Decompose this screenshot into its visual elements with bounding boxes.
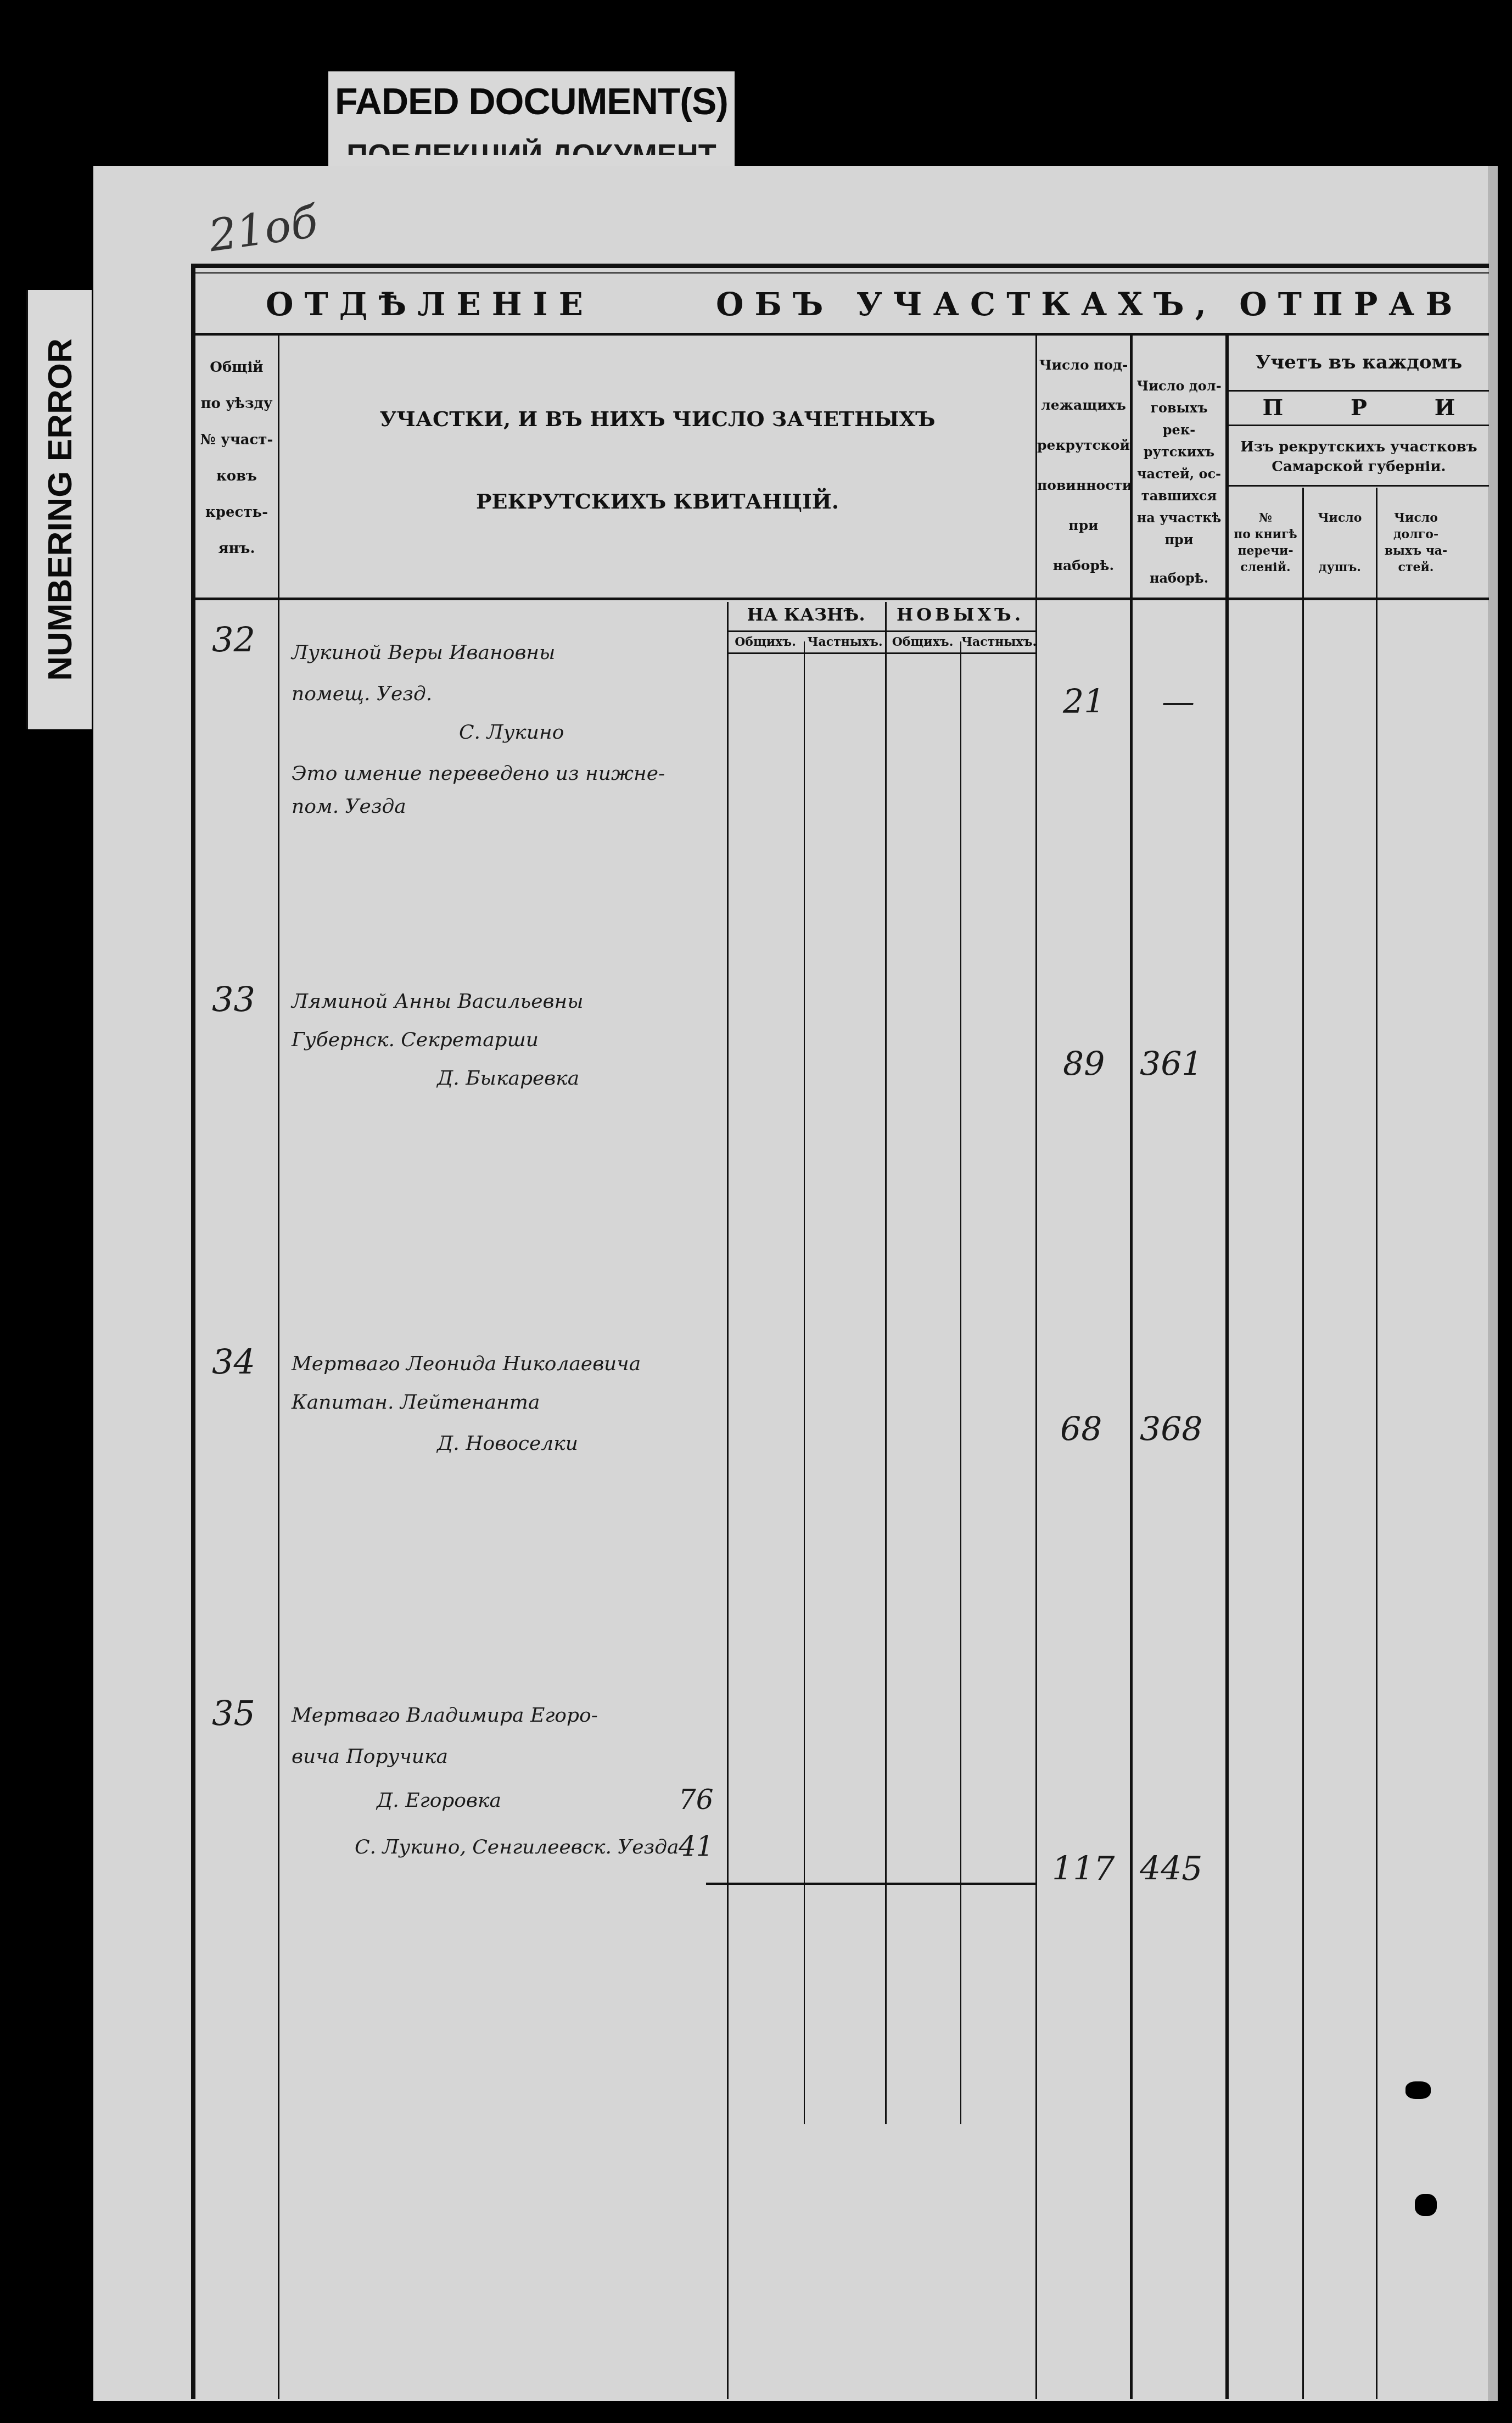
header-book-number: № по книгѣ перечи- сленій. xyxy=(1229,510,1302,576)
row-entry-line: Мертваго Владимира Егоро- xyxy=(292,1704,598,1727)
row-entry-line: Д. Егоровка xyxy=(377,1789,501,1812)
header-line: Число под- xyxy=(1037,345,1130,385)
total-rule xyxy=(706,1883,1035,1885)
header-line: по уѣзду xyxy=(195,386,278,422)
header-letter: Р xyxy=(1351,392,1367,425)
row-entry-line: Губернск. Секретарши xyxy=(292,1029,539,1051)
header-line: частей, ос- xyxy=(1133,463,1225,485)
debt-parts: — xyxy=(1162,683,1195,721)
row-number: 35 xyxy=(212,1693,255,1733)
header-souls: Число душъ. xyxy=(1304,510,1376,576)
header-novykh: НОВЫХЪ. xyxy=(885,603,1035,626)
divider xyxy=(1302,488,1304,2399)
header-chastnykh: Частныхъ. xyxy=(961,633,1035,651)
village-count: 41 xyxy=(679,1830,714,1862)
header-line: Число дол- xyxy=(1133,375,1225,397)
header-obshchikh: Общихъ. xyxy=(727,633,804,651)
subject-count: 68 xyxy=(1060,1410,1102,1449)
faded-document-tab: FADED DOCUMENT(S) ПОБЛЕКШИЙ ДОКУМЕНТ xyxy=(328,71,735,166)
header-line: наборѣ. xyxy=(1037,545,1130,585)
header-line: янъ. xyxy=(195,531,278,567)
subject-count-total: 117 xyxy=(1052,1850,1115,1888)
ledger-table: ОТДѢЛЕНІЕ ОБЪ УЧАСТКАХЪ, ОТПРАВ Общій по… xyxy=(191,264,1489,2399)
header-letter: П xyxy=(1262,392,1283,425)
header-line: кресть- xyxy=(195,494,278,531)
divider xyxy=(960,641,961,2124)
header-group-top: Учетъ въ каждомъ xyxy=(1229,335,1489,390)
header-number: Общій по уѣзду № участ- ковъ кресть- янъ… xyxy=(195,349,278,567)
rule xyxy=(727,652,1035,654)
header-line: тавшихся xyxy=(1133,485,1225,507)
paper-hole xyxy=(1415,2194,1437,2216)
numbering-error-tab: NUMBERING ERROR xyxy=(26,290,92,729)
header-letter: И xyxy=(1435,392,1455,425)
header-bottom-rule xyxy=(195,598,1489,600)
row-entry-line: пом. Уезда xyxy=(292,795,406,818)
faded-tab-label-ru: ПОБЛЕКШИЙ ДОКУМЕНТ xyxy=(328,138,735,155)
divider xyxy=(1130,334,1133,2399)
header-group-sub: Изъ рекрутскихъ участковъ Самарской губе… xyxy=(1229,437,1489,477)
header-line: по книгѣ xyxy=(1229,526,1302,543)
divider xyxy=(804,641,805,2124)
subject-count: 89 xyxy=(1063,1045,1105,1084)
header-line: рекрутской xyxy=(1037,425,1130,465)
row-entry-line: помещ. Уезд. xyxy=(292,683,432,705)
header-subject-count: Число под- лежащихъ рекрутской повинност… xyxy=(1037,345,1130,585)
header-line: на участкѣ xyxy=(1133,507,1225,529)
paper-hole xyxy=(1405,2081,1431,2099)
title-word-2: ОБЪ УЧАСТКАХЪ, ОТПРАВ xyxy=(716,286,1464,323)
ledger-title: ОТДѢЛЕНІЕ ОБЪ УЧАСТКАХЪ, ОТПРАВ xyxy=(195,272,1489,336)
rule xyxy=(727,630,1035,632)
header-line: Изъ рекрутскихъ участковъ xyxy=(1229,437,1489,457)
header-line: наборѣ. xyxy=(1133,567,1225,589)
header-line: лежащихъ xyxy=(1037,385,1130,425)
debt-parts: 368 xyxy=(1140,1410,1203,1449)
row-entry-line: Д. Новоселки xyxy=(437,1432,578,1455)
header-line: УЧАСТКИ, И ВЪ НИХЪ ЧИСЛО ЗАЧЕТНЫХЪ xyxy=(279,378,1035,460)
divider xyxy=(1376,488,1377,2399)
header-line: душъ. xyxy=(1304,559,1376,576)
row-entry-line: вича Поручика xyxy=(292,1745,448,1768)
header-line: долго- xyxy=(1377,526,1454,543)
row-entry-line: Мертваго Леонида Николаевича xyxy=(292,1353,641,1375)
row-entry-line: Это имение переведено из нижне- xyxy=(292,762,665,785)
divider xyxy=(1225,334,1229,2399)
header-obshchikh: Общихъ. xyxy=(885,633,960,651)
header-line: Общій xyxy=(195,349,278,386)
divider xyxy=(727,602,729,2399)
header-line: при xyxy=(1133,529,1225,551)
header-chastnykh: Частныхъ. xyxy=(805,633,885,651)
header-group-letters: П Р И xyxy=(1229,392,1489,425)
header-line: № участ- xyxy=(195,422,278,458)
divider xyxy=(278,334,279,2399)
row-entry-line: С. Лукино xyxy=(459,721,564,744)
header-line: Самарской губерніи. xyxy=(1229,457,1489,477)
header-line: говыхъ рек- xyxy=(1133,397,1225,441)
debt-parts-total: 445 xyxy=(1140,1850,1203,1888)
rule xyxy=(1228,485,1489,487)
header-debt-parts: Число дол- говыхъ рек- рутскихъ частей, … xyxy=(1133,375,1225,589)
row-entry-line: С. Лукино, Сенгилеевск. Уезда xyxy=(355,1836,679,1858)
header-line: рутскихъ xyxy=(1133,441,1225,463)
header-line: Число xyxy=(1304,510,1376,526)
header-line: № xyxy=(1229,510,1302,526)
header-line: перечи- xyxy=(1229,543,1302,559)
header-line: выхъ ча- xyxy=(1377,543,1454,559)
row-entry-line: Ляминой Анны Васильевны xyxy=(292,990,583,1013)
title-word-1: ОТДѢЛЕНІЕ xyxy=(266,286,594,323)
row-number: 32 xyxy=(212,619,255,660)
header-line: ковъ xyxy=(195,458,278,494)
row-entry-line: Лукиной Веры Ивановны xyxy=(292,641,555,664)
header-line: РЕКРУТСКИХЪ КВИТАНЦІЙ. xyxy=(279,460,1035,543)
header-district: УЧАСТКИ, И ВЪ НИХЪ ЧИСЛО ЗАЧЕТНЫХЪ РЕКРУ… xyxy=(279,378,1035,543)
faded-tab-label: FADED DOCUMENT(S) xyxy=(328,80,735,123)
debt-parts: 361 xyxy=(1140,1045,1203,1084)
rule xyxy=(1228,425,1489,426)
row-entry-line: Д. Быкаревка xyxy=(437,1067,579,1090)
header-line: стей. xyxy=(1377,559,1454,576)
header-line: Число xyxy=(1377,510,1454,526)
divider xyxy=(885,602,887,2124)
row-number: 33 xyxy=(212,979,255,1019)
header-line: при xyxy=(1037,505,1130,545)
row-number: 34 xyxy=(212,1342,255,1382)
subject-count: 21 xyxy=(1063,683,1105,721)
header-line: повинности xyxy=(1037,465,1130,505)
row-entry-line: Капитан. Лейтенанта xyxy=(292,1391,540,1414)
header-debt-part-count: Число долго- выхъ ча- стей. xyxy=(1377,510,1454,576)
header-na-kazne: НА КАЗНѢ. xyxy=(727,603,885,626)
numbering-error-label: NUMBERING ERROR xyxy=(41,338,80,680)
header-line: сленій. xyxy=(1229,559,1302,576)
village-count: 76 xyxy=(679,1784,714,1816)
